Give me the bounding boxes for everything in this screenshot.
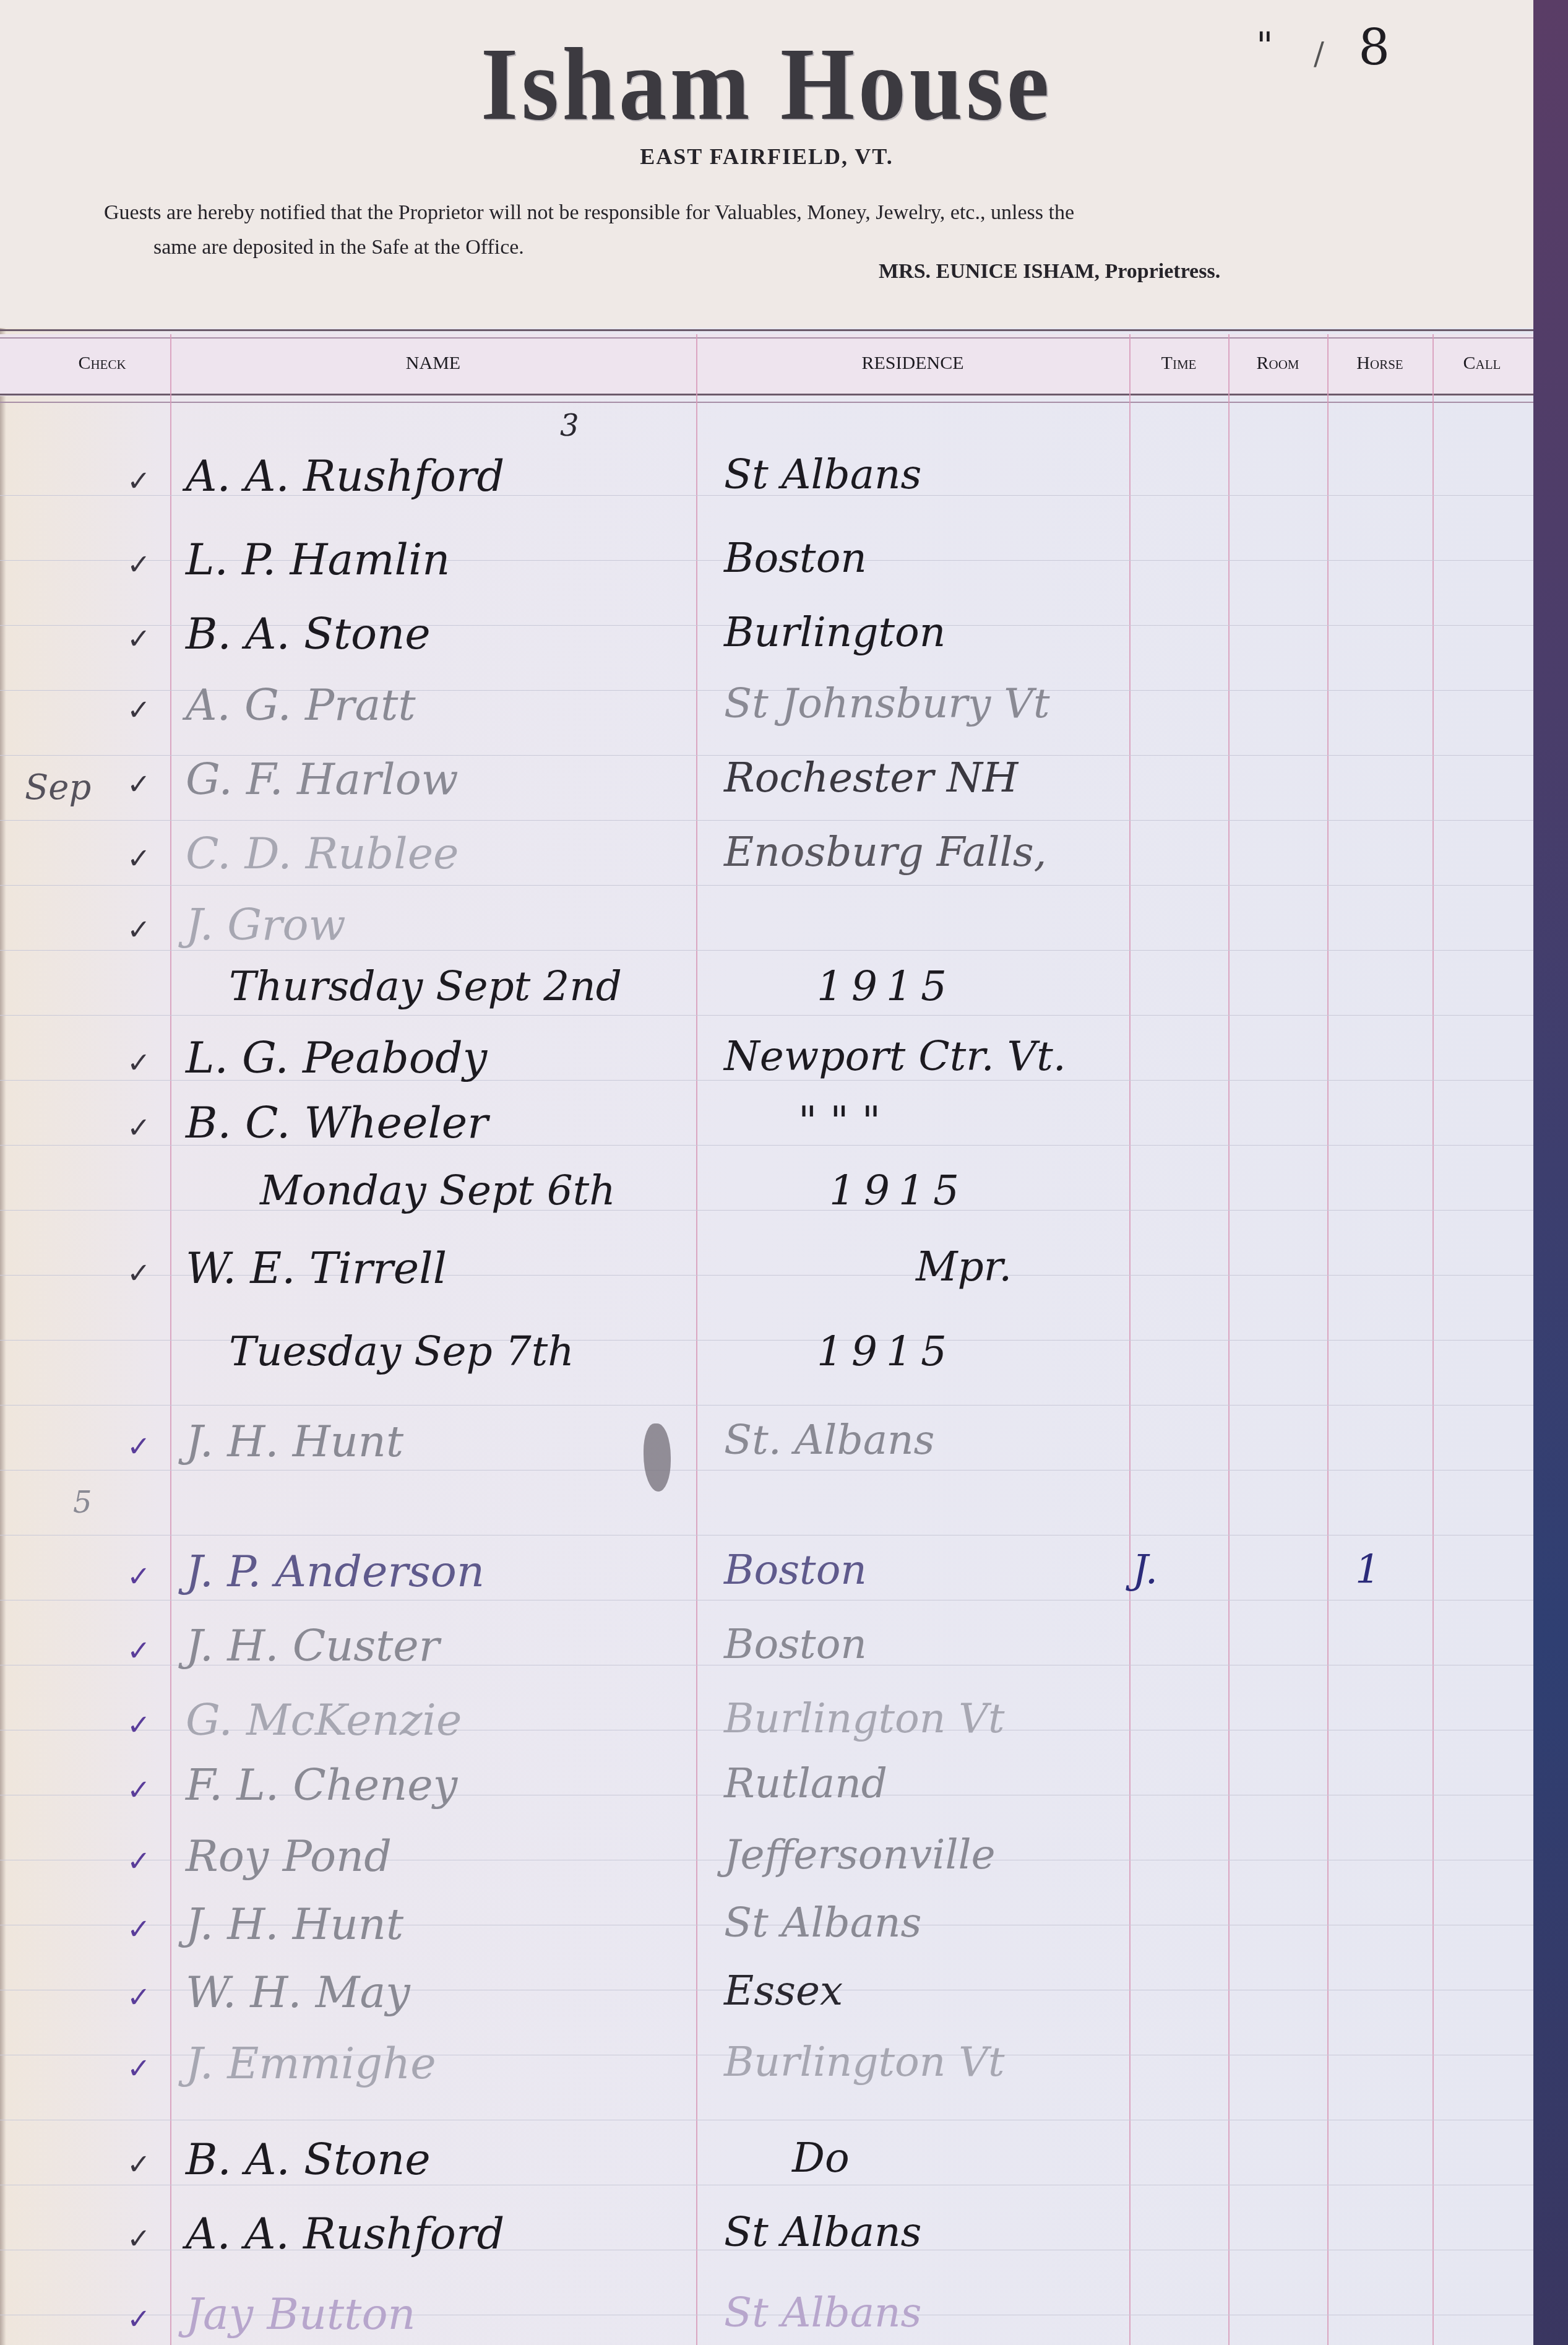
register-entry: ✓ J. P. Anderson Boston J. 1	[0, 1541, 1533, 1603]
guest-residence: St Albans	[724, 451, 921, 498]
register-entry: ✓ J. Grow	[0, 894, 1533, 956]
check-mark: ✓	[127, 1708, 151, 1742]
check-mark: ✓	[127, 1773, 151, 1807]
date-day: Monday Sept 6th	[260, 1167, 616, 1214]
check-mark: ✓	[127, 1844, 151, 1878]
guest-name: B. C. Wheeler	[186, 1097, 488, 1148]
guest-name: A. A. Rushford	[186, 451, 504, 501]
guest-name: B. A. Stone	[186, 608, 431, 659]
check-mark: ✓	[127, 842, 151, 875]
guest-name: Roy Pond	[186, 1831, 392, 1881]
masthead: Isham House " / 8 EAST FAIRFIELD, VT. Gu…	[0, 0, 1533, 328]
header-bottom-rule	[0, 394, 1533, 403]
check-mark: ✓	[127, 548, 151, 581]
guest-residence: Jeffersonville	[724, 1831, 996, 1878]
notice-line-1: Guests are hereby notified that the Prop…	[104, 201, 1074, 224]
guest-residence: Boston	[724, 1546, 867, 1594]
check-mark: ✓	[127, 622, 151, 655]
register-entry: ✓ A. A. Rushford St Albans	[0, 446, 1533, 507]
time-value: J.	[1132, 1547, 1158, 1593]
guest-name: J. Emmighe	[186, 2038, 436, 2089]
ruled-line	[0, 1535, 1533, 1535]
guest-residence: Mpr.	[916, 1243, 1012, 1290]
check-mark: ✓	[127, 1912, 151, 1946]
proprietor-signature: MRS. EUNICE ISHAM, Proprietress.	[879, 260, 1220, 283]
column-header-room: Room	[1228, 353, 1327, 374]
page-mark-quote: "	[1256, 24, 1273, 67]
guest-name: F. L. Cheney	[186, 1760, 457, 1810]
date-year: 1915	[817, 962, 955, 1010]
register-entry: ✓ J. H. Custer Boston	[0, 1615, 1533, 1677]
register-entry: ✓ L. G. Peabody Newport Ctr. Vt.	[0, 1027, 1533, 1089]
register-entry: ✓ B. A. Stone Do	[0, 2129, 1533, 2191]
date-day: Tuesday Sep 7th	[229, 1328, 574, 1375]
liability-notice: Guests are hereby notified that the Prop…	[104, 196, 1434, 265]
check-mark: ✓	[127, 767, 151, 801]
guest-residence: Burlington Vt	[724, 1695, 1004, 1742]
date-year: 1915	[817, 1328, 955, 1375]
check-mark: ✓	[127, 1980, 151, 2014]
check-mark: ✓	[127, 2052, 151, 2085]
register-entry: ✓ Roy Pond Jeffersonville	[0, 1826, 1533, 1888]
ruled-line	[0, 820, 1533, 821]
guest-residence: St Albans	[724, 2289, 921, 2336]
guest-name: Jay Button	[186, 2289, 416, 2339]
guest-residence: St Johnsbury Vt	[724, 680, 1050, 727]
register-entry: ✓ A. A. Rushford St Albans	[0, 2203, 1533, 2265]
check-mark: ✓	[127, 2148, 151, 2181]
check-mark: ✓	[127, 693, 151, 727]
guest-residence: Burlington	[724, 608, 946, 656]
date-year: 1915	[829, 1167, 968, 1214]
ruled-line	[0, 1405, 1533, 1406]
page-mark: " / 8	[1256, 19, 1390, 76]
margin-note-5: 5	[73, 1485, 92, 1520]
register-entry: ✓ F. L. Cheney Rutland	[0, 1755, 1533, 1816]
guest-name: J. P. Anderson	[186, 1546, 485, 1597]
guest-name: A. A. Rushford	[186, 2208, 504, 2259]
guest-name: J. H. Hunt	[186, 1899, 403, 1950]
horse-value: 1	[1355, 1547, 1381, 1593]
guest-name: L. G. Peabody	[186, 1032, 487, 1083]
date-line: Thursday Sept 2nd 1915	[0, 959, 1533, 1021]
guest-residence: Boston	[724, 1620, 867, 1668]
check-mark: ✓	[127, 1430, 151, 1463]
guest-residence: Enosburg Falls,	[724, 828, 1047, 876]
guest-name: A. G. Pratt	[186, 680, 416, 730]
guest-residence: St Albans	[724, 2208, 921, 2256]
check-mark: ✓	[127, 1256, 151, 1290]
column-header-name: NAME	[170, 353, 696, 374]
check-mark: ✓	[127, 1111, 151, 1144]
guest-residence: Rutland	[724, 1760, 887, 1807]
register-entry: ✓ J. H. Hunt St. Albans	[0, 1411, 1533, 1473]
guest-name: J. Grow	[186, 899, 346, 950]
notice-line-2: same are deposited in the Safe at the Of…	[104, 230, 1434, 265]
guest-residence: Rochester NH	[724, 754, 1018, 801]
register-page: Isham House " / 8 EAST FAIRFIELD, VT. Gu…	[0, 0, 1533, 2345]
guest-residence-ditto: " " "	[798, 1097, 881, 1145]
check-mark: ✓	[127, 2302, 151, 2336]
register-entry: ✓ G. F. Harlow Rochester NH	[0, 749, 1533, 811]
column-header-residence: RESIDENCE	[696, 353, 1129, 374]
date-line: Tuesday Sep 7th 1915	[0, 1324, 1533, 1386]
guest-name: C. D. Rublee	[186, 828, 459, 879]
guest-residence: Do	[792, 2134, 850, 2182]
guest-name: G. McKenzie	[186, 1695, 462, 1745]
check-mark: ✓	[127, 1560, 151, 1593]
register-entry: ✓ W. E. Tirrell Mpr.	[0, 1238, 1533, 1300]
register-entry: ✓ B. A. Stone Burlington	[0, 603, 1533, 665]
guest-residence: St. Albans	[724, 1416, 934, 1464]
register-entry: ✓ G. McKenzie Burlington Vt	[0, 1690, 1533, 1751]
header-top-rule	[0, 329, 1533, 339]
guest-residence: Boston	[724, 534, 867, 582]
check-mark: ✓	[127, 2222, 151, 2255]
register-entry: ✓ W. H. May Essex	[0, 1962, 1533, 2024]
register-entry: ✓ B. C. Wheeler " " "	[0, 1092, 1533, 1154]
register-entry: ✓ A. G. Pratt St Johnsbury Vt	[0, 675, 1533, 736]
guest-residence: Essex	[724, 1967, 843, 2015]
check-mark: ✓	[127, 1046, 151, 1079]
guest-residence: Newport Ctr. Vt.	[724, 1032, 1066, 1080]
annotation-number-3: 3	[560, 408, 579, 443]
guest-name: J. H. Custer	[186, 1620, 439, 1671]
column-header-time: Time	[1129, 353, 1228, 374]
column-header-horse: Horse	[1327, 353, 1432, 374]
check-mark: ✓	[127, 464, 151, 498]
check-mark: ✓	[127, 913, 151, 946]
ruled-line	[0, 2120, 1533, 2120]
column-header-check: Check	[56, 353, 149, 374]
guest-residence: Burlington Vt	[724, 2038, 1004, 2086]
guest-name: W. H. May	[186, 1967, 410, 2018]
register-entry: ✓ Jay Button St Albans	[0, 2284, 1533, 2345]
guest-name: J. H. Hunt	[186, 1416, 403, 1467]
date-day: Thursday Sept 2nd	[229, 962, 622, 1010]
guest-name: G. F. Harlow	[186, 754, 459, 805]
guest-name: B. A. Stone	[186, 2134, 431, 2185]
page-mark-tick: /	[1314, 36, 1324, 72]
register-entry: ✓ J. Emmighe Burlington Vt	[0, 2033, 1533, 2095]
ruled-line	[0, 885, 1533, 886]
guest-residence: St Albans	[724, 1899, 921, 1946]
date-line: Monday Sept 6th 1915	[0, 1164, 1533, 1225]
guest-name: L. P. Hamlin	[186, 534, 450, 585]
register-entry: ✓ J. H. Hunt St Albans	[0, 1894, 1533, 1956]
book-binding-edge	[1533, 0, 1568, 2345]
check-mark: ✓	[127, 1634, 151, 1667]
column-header-call: Call	[1432, 353, 1531, 374]
hotel-location: EAST FAIRFIELD, VT.	[0, 144, 1533, 170]
guest-name: W. E. Tirrell	[186, 1243, 447, 1293]
page-number: 8	[1358, 19, 1390, 76]
register-entry: ✓ C. D. Rublee Enosburg Falls,	[0, 823, 1533, 885]
register-entry: ✓ L. P. Hamlin Boston	[0, 529, 1533, 591]
